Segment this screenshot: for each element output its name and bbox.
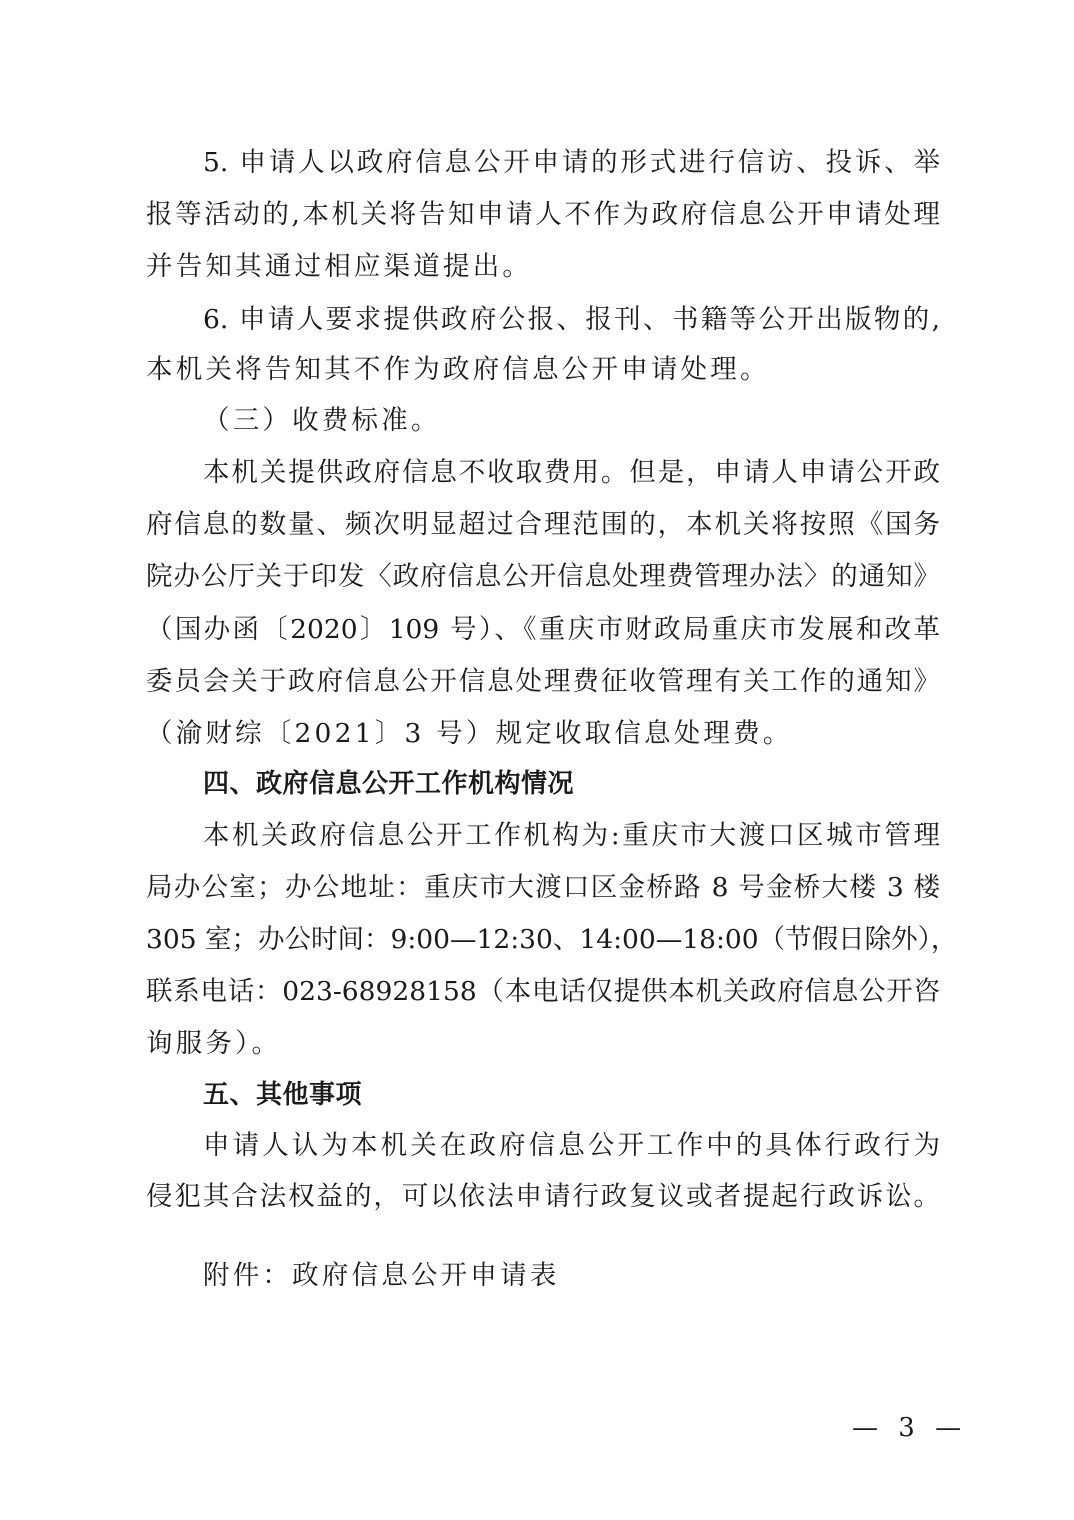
text-line: （渝财综〔2021〕3 号）规定收取信息处理费。	[146, 717, 946, 751]
text-line: （三）收费标准。	[203, 404, 1003, 438]
text-line: 联系电话：023-68928158（本电话仅提供本机关政府信息公开咨	[146, 975, 940, 1009]
text-line: （国办函〔2020〕109 号）、《重庆市财政局重庆市发展和改革	[146, 613, 940, 647]
text-line: 府信息的数量、频次明显超过合理范围的，本机关将按照《国务	[146, 508, 940, 542]
text-line: 并告知其通过相应渠道提出。	[146, 250, 946, 284]
text-line: 305 室；办公时间：9:00—12:30、14:00—18:00（节假日除外）…	[146, 923, 940, 957]
text-line: 申请人认为本机关在政府信息公开工作中的具体行政行为	[203, 1129, 940, 1163]
text-line: 委员会关于政府信息公开信息处理费征收管理有关工作的通知》	[146, 665, 940, 699]
text-line: 局办公室；办公地址：重庆市大渡口区金桥路 8 号金桥大楼 3 楼	[146, 871, 940, 905]
text-line: 本机关提供政府信息不收取费用。但是，申请人申请公开政	[203, 456, 940, 490]
attachment-note: 附件：政府信息公开申请表	[203, 1259, 1003, 1293]
text-line: 侵犯其合法权益的，可以依法申请行政复议或者提起行政诉讼。	[146, 1180, 940, 1214]
section-heading-other-matters: 五、其他事项	[203, 1078, 1003, 1112]
text-line: 询服务）。	[146, 1027, 946, 1061]
text-line: 5. 申请人以政府信息公开申请的形式进行信访、投诉、举	[203, 146, 940, 180]
text-line: 本机关政府信息公开工作机构为:重庆市大渡口区城市管理	[203, 819, 940, 853]
page-number: — 3 —	[852, 1411, 967, 1445]
text-line: 本机关将告知其不作为政府信息公开申请处理。	[146, 353, 946, 387]
text-line: 6. 申请人要求提供政府公报、报刊、书籍等公开出版物的,	[203, 303, 940, 337]
section-heading-office: 四、政府信息公开工作机构情况	[203, 767, 1003, 801]
document-page: 5. 申请人以政府信息公开申请的形式进行信访、投诉、举报等活动的,本机关将告知申…	[0, 0, 1074, 1520]
text-line: 院办公厅关于印发〈政府信息公开信息处理费管理办法〉的通知》	[146, 560, 940, 594]
text-line: 报等活动的,本机关将告知申请人不作为政府信息公开申请处理	[146, 198, 940, 232]
